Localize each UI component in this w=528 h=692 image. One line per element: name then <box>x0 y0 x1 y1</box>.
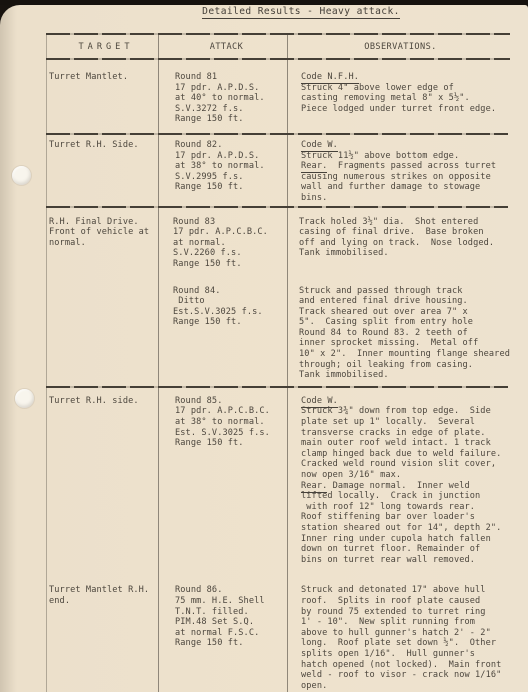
text-line: by round 75 extended to turret ring <box>301 607 510 618</box>
scan-edge-shadow <box>0 5 16 692</box>
text-line: open. <box>301 681 510 692</box>
text-line: Round 83 <box>173 217 285 228</box>
target-cell: Turret R.H. side. <box>46 396 158 407</box>
text-line: plate set up 1" locally. Several <box>301 417 510 428</box>
text-line: Round 82. <box>175 140 287 151</box>
text-line: Cracked weld round vision slit cover, <box>301 459 510 470</box>
text-line: Rear. Fragments passed across turret <box>301 161 510 172</box>
text-line: S.V.2995 f.s. <box>175 172 287 183</box>
text-line: normal. <box>49 238 156 249</box>
text-line: Round 84 to Round 83. 2 teeth of <box>299 328 510 339</box>
attack-cell: Round 82.17 pdr. A.P.D.S.at 38° to norma… <box>158 140 287 193</box>
text-line: bins. <box>301 193 510 204</box>
observations-cell: Code N.F.H.Struck 4" above lower edge of… <box>287 72 510 114</box>
header-observations: OBSERVATIONS. <box>291 42 510 52</box>
attack-cell: Round 8317 pdr. A.P.C.B.C.at normal.S.V.… <box>156 217 285 270</box>
text-line: Range 150 ft. <box>175 182 287 193</box>
text-line: 17 pdr. A.P.D.S. <box>175 83 287 94</box>
punch-hole-icon <box>15 389 34 408</box>
text-line: casting removing metal 8" x 5½". <box>301 93 510 104</box>
text-line: down on turret floor. Remainder of <box>301 544 510 555</box>
text-line: roof. Splits in roof plate caused <box>301 596 510 607</box>
text-line: Tank immobilised. <box>299 248 510 259</box>
text-line: and entered final drive housing. <box>299 296 510 307</box>
table-row: Turret Mantlet R.H.end.Round 86.75 mm. H… <box>46 585 510 691</box>
text-line: casing of final drive. Base broken <box>299 227 510 238</box>
text-line: Range 150 ft. <box>175 114 287 125</box>
text-line: above to hull gunner's hatch 2' - 2" <box>301 628 510 639</box>
attack-cell: Round 86.75 mm. H.E. ShellT.N.T. filled.… <box>158 585 287 649</box>
text-line: Tank immobilised. <box>299 370 510 381</box>
text-line: Track holed 3½" dia. Shot entered <box>299 217 510 228</box>
text-line: Struck 3¾" down from top edge. Side <box>301 406 510 417</box>
round-block: Round 82.17 pdr. A.P.D.S.at 38° to norma… <box>158 140 510 204</box>
text-line: 17 pdr. A.P.C.B.C. <box>175 406 287 417</box>
text-line: Inner ring under cupola hatch fallen <box>301 534 510 545</box>
target-cell: Turret Mantlet R.H.end. <box>46 585 158 606</box>
text-line: bins on turret rear wall removed. <box>301 555 510 566</box>
target-cell: Turret Mantlet. <box>46 72 158 83</box>
text-line: Range 150 ft. <box>173 317 285 328</box>
text-line: PIM.48 Set S.Q. <box>175 617 287 628</box>
attack-cell: Round 84. DittoEst.S.V.3025 f.s.Range 15… <box>156 286 285 328</box>
text-line: through; oil leaking from casing. <box>299 360 510 371</box>
text-line: Struck and passed through track <box>299 286 510 297</box>
scanned-document: { "page": { "title": "Detailed Results -… <box>0 0 528 692</box>
attack-cell: Round 8117 pdr. A.P.D.S.at 40° to normal… <box>158 72 287 125</box>
round-blocks: Round 8117 pdr. A.P.D.S.at 40° to normal… <box>158 72 510 125</box>
table-body: Turret Mantlet.Round 8117 pdr. A.P.D.S.a… <box>46 60 510 691</box>
observations-cell: Struck and passed through trackand enter… <box>285 286 510 381</box>
text-line: 5". Casing split from entry hole <box>299 317 510 328</box>
text-line: 1' - 10". New split running from <box>301 617 510 628</box>
round-block: Round 8317 pdr. A.P.C.B.C.at normal.S.V.… <box>156 217 510 270</box>
text-line: R.H. Final Drive. <box>49 217 156 228</box>
text-line: Roof stiffening bar over loader's <box>301 512 510 523</box>
text-line: Struck 11½" above bottom edge. <box>301 151 510 162</box>
text-line: lifted locally. Crack in junction <box>301 491 510 502</box>
table-row: Turret Mantlet.Round 8117 pdr. A.P.D.S.a… <box>46 60 510 137</box>
text-line: with roof 12" long towards rear. <box>301 502 510 513</box>
text-line: at 40° to normal. <box>175 93 287 104</box>
table-row: Turret R.H. Side.Round 82.17 pdr. A.P.D.… <box>46 137 510 210</box>
observations-cell: Code W.Struck 3¾" down from top edge. Si… <box>287 396 510 566</box>
text-line: 17 pdr. A.P.C.B.C. <box>173 227 285 238</box>
text-line: Range 150 ft. <box>175 638 287 649</box>
round-blocks: Round 82.17 pdr. A.P.D.S.at 38° to norma… <box>158 140 510 204</box>
text-line: 17 pdr. A.P.D.S. <box>175 151 287 162</box>
target-cell: R.H. Final Drive.Front of vehicle atnorm… <box>46 217 156 249</box>
text-line: long. Roof plate set down ½". Other <box>301 638 510 649</box>
text-line: S.V.3272 f.s. <box>175 104 287 115</box>
text-line: 10" x 2". Inner mounting flange sheared <box>299 349 510 360</box>
text-line: Range 150 ft. <box>175 438 287 449</box>
header-attack: ATTACK <box>162 42 291 52</box>
text-line: Front of vehicle at <box>49 227 156 238</box>
text-line: T.N.T. filled. <box>175 607 287 618</box>
text-line: Turret R.H. Side. <box>49 140 158 151</box>
text-line: Est.S.V.3025 f.s. <box>173 307 285 318</box>
results-table: TARGET ATTACK OBSERVATIONS. Turret Mantl… <box>46 33 510 692</box>
text-line: Code N.F.H. <box>301 72 510 83</box>
observations-cell: Code W.Struck 11½" above bottom edge.Rea… <box>287 140 510 204</box>
table-row: R.H. Final Drive.Front of vehicle atnorm… <box>46 210 510 390</box>
table-row: Turret R.H. side.Round 85.17 pdr. A.P.C.… <box>46 390 510 574</box>
text-line: Turret Mantlet. <box>49 72 158 83</box>
text-line: Round 84. <box>173 286 285 297</box>
observations-cell: Track holed 3½" dia. Shot enteredcasing … <box>285 217 510 259</box>
text-line: causing numerous strikes on opposite <box>301 172 510 183</box>
text-line: Round 86. <box>175 585 287 596</box>
round-block: Round 84. DittoEst.S.V.3025 f.s.Range 15… <box>156 286 510 381</box>
text-line: splits open 1/16". Hull gunner's <box>301 649 510 660</box>
text-line: Range 150 ft. <box>173 259 285 270</box>
text-line: at 38° to normal. <box>175 417 287 428</box>
punch-hole-icon <box>12 166 31 185</box>
round-blocks: Round 8317 pdr. A.P.C.B.C.at normal.S.V.… <box>156 217 510 381</box>
text-line: Struck and detonated 17" above hull <box>301 585 510 596</box>
text-line: at 38° to normal. <box>175 161 287 172</box>
text-line: off and lying on track. Nose lodged. <box>299 238 510 249</box>
text-line: Struck 4" above lower edge of <box>301 83 510 94</box>
text-line: 75 mm. H.E. Shell <box>175 596 287 607</box>
text-line: inner sprocket missing. Metal off <box>299 338 510 349</box>
text-line: Round 85. <box>175 396 287 407</box>
text-line: hatch opened (not locked). Main front <box>301 660 510 671</box>
text-line: Code W. <box>301 140 510 151</box>
text-line: now open 3/16" max. <box>301 470 510 481</box>
attack-cell: Round 85.17 pdr. A.P.C.B.C.at 38° to nor… <box>158 396 287 449</box>
text-line: Code W. <box>301 396 510 407</box>
round-blocks: Round 85.17 pdr. A.P.C.B.C.at 38° to nor… <box>158 396 510 566</box>
text-line: Turret R.H. side. <box>49 396 158 407</box>
text-line: at normal. <box>173 238 285 249</box>
text-line: Round 81 <box>175 72 287 83</box>
text-line: clamp hinged back due to weld failure. <box>301 449 510 460</box>
text-line: Track sheared out over area 7" x <box>299 307 510 318</box>
paper: Detailed Results - Heavy attack. TARGET … <box>0 5 528 692</box>
text-line: main outer roof weld intact. 1 track <box>301 438 510 449</box>
table-header: TARGET ATTACK OBSERVATIONS. <box>46 33 510 60</box>
header-target: TARGET <box>46 42 162 52</box>
round-block: Round 86.75 mm. H.E. ShellT.N.T. filled.… <box>158 585 510 691</box>
target-cell: Turret R.H. Side. <box>46 140 158 151</box>
text-line: Est. S.V.3025 f.s. <box>175 428 287 439</box>
text-line: weld - roof to visor - crack now 1/16" <box>301 670 510 681</box>
text-line: transverse cracks in edge of plate. <box>301 428 510 439</box>
text-line: Piece lodged under turret front edge. <box>301 104 510 115</box>
text-line: Ditto <box>173 296 285 307</box>
text-line: end. <box>49 596 158 607</box>
text-line: Rear. Damage normal. Inner weld <box>301 481 510 492</box>
page-title: Detailed Results - Heavy attack. <box>0 6 528 17</box>
text-line: S.V.2260 f.s. <box>173 248 285 259</box>
text-line: wall and further damage to stowage <box>301 182 510 193</box>
text-line: at normal F.S.C. <box>175 628 287 639</box>
round-block: Round 8117 pdr. A.P.D.S.at 40° to normal… <box>158 72 510 125</box>
observations-cell: Struck and detonated 17" above hullroof.… <box>287 585 510 691</box>
round-blocks: Round 86.75 mm. H.E. ShellT.N.T. filled.… <box>158 585 510 691</box>
round-block: Round 85.17 pdr. A.P.C.B.C.at 38° to nor… <box>158 396 510 566</box>
text-line: station sheared out for 14", depth 2". <box>301 523 510 534</box>
text-line: Turret Mantlet R.H. <box>49 585 158 596</box>
